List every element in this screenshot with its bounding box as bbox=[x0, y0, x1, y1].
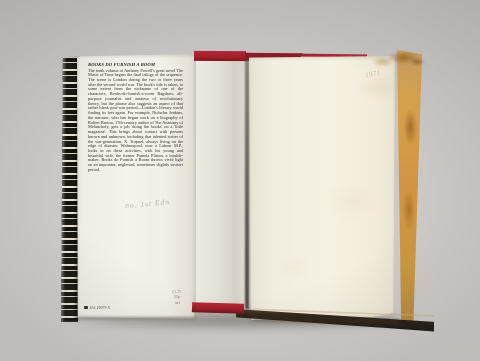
jacket-bottom-red-edge bbox=[192, 302, 244, 313]
jacket-top-red-edge bbox=[194, 51, 246, 61]
dust-jacket-front-flap: BOOKS DO FURNISH A ROOM The tenth volume… bbox=[77, 54, 196, 319]
flap-bottom-edge-shadow bbox=[78, 317, 196, 320]
publisher-logo-mark bbox=[84, 306, 88, 310]
pencil-price-note: £1.75 35p net bbox=[165, 288, 190, 305]
right-endpaper-page: 1971 bbox=[249, 56, 395, 320]
browned-fore-edge bbox=[393, 50, 422, 326]
foxing-stain-top-right bbox=[356, 45, 426, 73]
flap-blurb-title: BOOKS DO FURNISH A ROOM bbox=[88, 62, 184, 67]
sbn-code: 434 20079 X bbox=[90, 306, 111, 310]
sbn-code-row: 434 20079 X bbox=[84, 305, 110, 310]
jacket-fore-edge-strip bbox=[61, 56, 80, 322]
photo-of-open-book: BOOKS DO FURNISH A ROOM The tenth volume… bbox=[0, 0, 480, 361]
gutter-crease-shadow bbox=[245, 57, 249, 313]
flap-blurb-text: The tenth volume of Anthony Powell's gre… bbox=[88, 69, 183, 173]
pencil-price-line: net bbox=[165, 299, 189, 305]
gutter-page-curve bbox=[196, 59, 248, 312]
pencil-annotation: no, 1st Edn bbox=[125, 195, 196, 210]
